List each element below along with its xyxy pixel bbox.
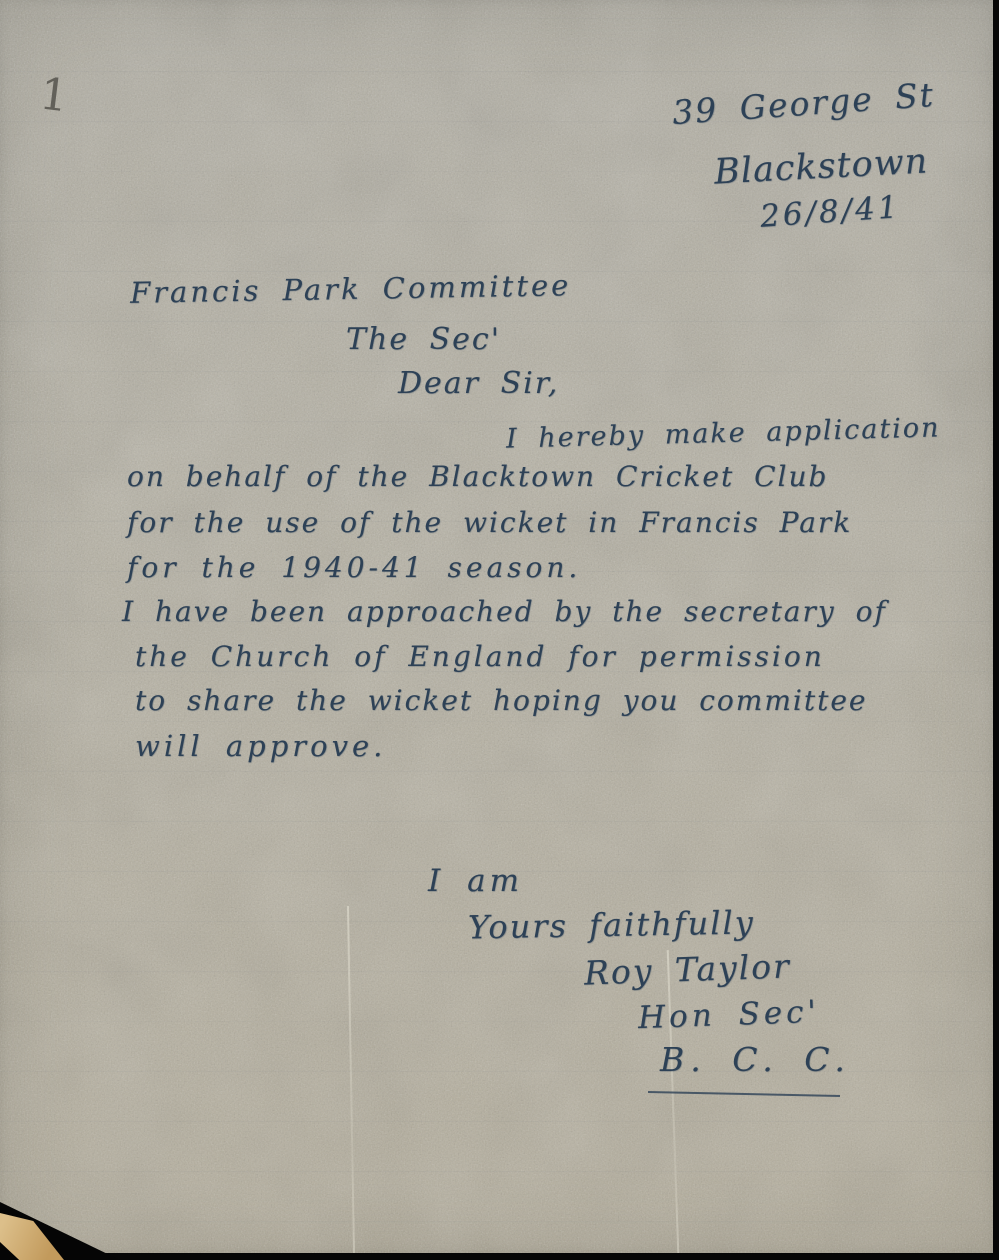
body-line: I have been approached by the secretary … — [122, 595, 887, 628]
sender-address-town: Blackstown — [713, 141, 929, 192]
sender-address-street: 39 George St — [671, 75, 936, 132]
body-line: I hereby make application — [506, 412, 941, 454]
signature: Roy Taylor — [583, 946, 791, 992]
scan-background: 1 39 George St Blackstown 26/8/41 Franci… — [0, 0, 999, 1260]
letter-page: 1 39 George St Blackstown 26/8/41 Franci… — [0, 0, 993, 1253]
body-line: will approve. — [135, 729, 386, 763]
vertical-fold-crease — [667, 950, 680, 1253]
body-line: for the use of the wicket in Francis Par… — [127, 506, 852, 539]
body-line: for the 1940-41 season. — [127, 551, 581, 584]
body-line: on behalf of the Blacktown Cricket Club — [127, 460, 828, 493]
closing-line: I am — [428, 863, 523, 899]
vertical-fold-crease — [347, 906, 355, 1253]
signature-underline — [648, 1091, 840, 1097]
letter-date: 26/8/41 — [759, 189, 902, 235]
body-line: the Church of England for permission — [135, 640, 825, 673]
recipient-line: Francis Park Committee — [130, 268, 572, 310]
salutation: Dear Sir, — [398, 366, 559, 401]
closing-line: Yours faithfully — [468, 904, 755, 947]
recipient-attention-line: The Sec' — [346, 322, 501, 357]
signature-role: Hon Sec' — [637, 994, 820, 1036]
body-line: to share the wicket hoping you committee — [135, 684, 868, 717]
signature-organisation: B. C. C. — [660, 1040, 851, 1079]
pencil-annotation: 1 — [37, 68, 71, 122]
